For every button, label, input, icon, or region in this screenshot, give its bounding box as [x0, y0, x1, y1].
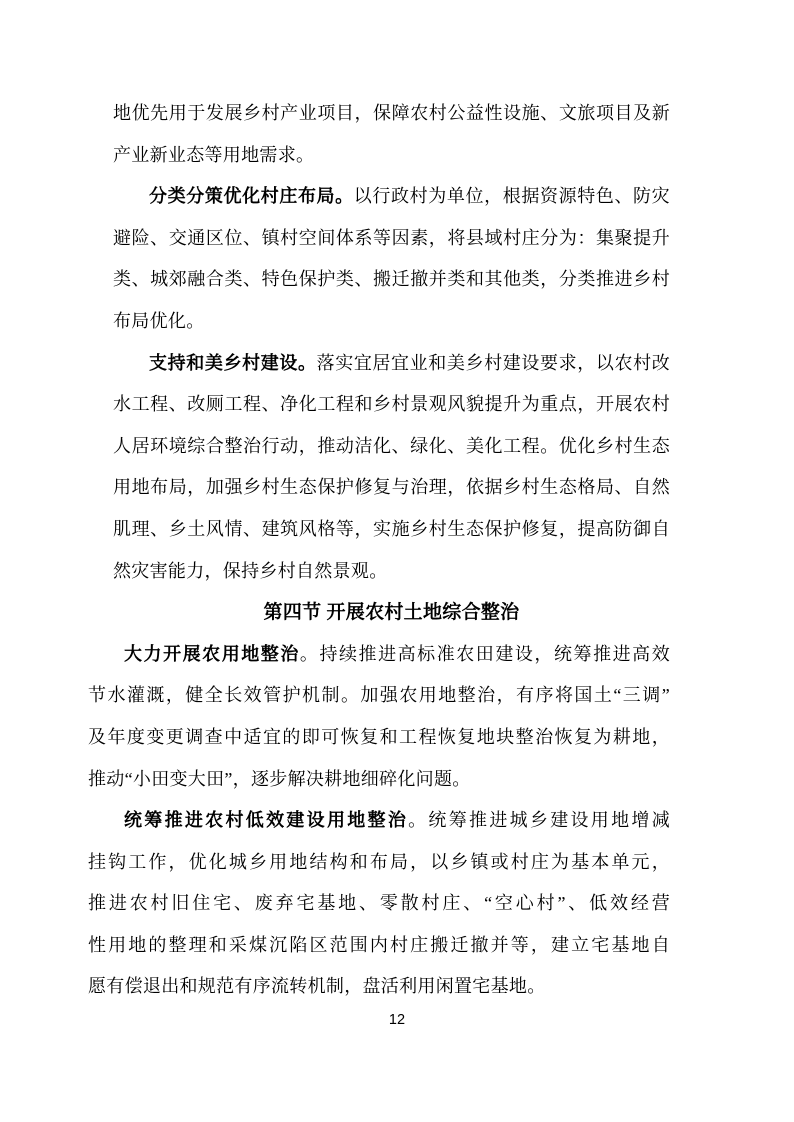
text-line: 类、城郊融合类、特色保护类、搬迁撤并类和其他类，分类推进乡村 [113, 259, 670, 301]
paragraph-text: 用地布局，加强乡村生态保护修复与治理，依据乡村生态格局、自然 [113, 477, 670, 497]
paragraph-lead-bold: 分类分策优化村庄布局。 [149, 186, 354, 206]
paragraph-text: 地优先用于发展乡村产业项目，保障农村公益性设施、文旅项目及新 [113, 103, 670, 123]
text-line: 性用地的整理和采煤沉陷区范围内村庄搬迁撤并等，建立宅基地自 [88, 925, 670, 967]
text-line: 统筹推进农村低效建设用地整治。统筹推进城乡建设用地增减 [88, 800, 670, 842]
text-line: 避险、交通区位、镇村空间体系等因素，将县域村庄分为：集聚提升 [113, 218, 670, 260]
document-page: 地优先用于发展乡村产业项目，保障农村公益性设施、文旅项目及新产业新业态等用地需求… [0, 0, 794, 1122]
text-line: 节水灌溉，健全长效管护机制。加强农用地整治，有序将国土“三调” [88, 675, 670, 717]
paragraph-text: 布局优化。 [113, 311, 205, 331]
paragraph: 分类分策优化村庄布局。以行政村为单位，根据资源特色、防灾避险、交通区位、镇村空间… [0, 176, 794, 342]
paragraph-lead-bold: 统筹推进农村低效建设用地整治 [124, 810, 408, 830]
paragraph-text: 。持续推进高标准农田建设，统筹推进高效 [300, 644, 670, 664]
section-heading: 第四节 开展农村土地综合整治 [0, 592, 794, 634]
paragraph: 支持和美乡村建设。落实宜居宜业和美乡村建设要求，以农村改水工程、改厕工程、净化工… [0, 343, 794, 593]
section-heading-text: 第四节 开展农村土地综合整治 [113, 592, 670, 634]
paragraph-lead-bold: 大力开展农用地整治 [124, 644, 300, 664]
text-line: 挂钩工作，优化城乡用地结构和布局，以乡镇或村庄为基本单元， [88, 842, 670, 884]
paragraph-text: 落实宜居宜业和美乡村建设要求，以农村改 [317, 353, 670, 373]
text-line: 支持和美乡村建设。落实宜居宜业和美乡村建设要求，以农村改 [113, 343, 670, 385]
paragraph-text: 然灾害能力，保持乡村自然景观。 [113, 561, 388, 581]
document-body: 地优先用于发展乡村产业项目，保障农村公益性设施、文旅项目及新产业新业态等用地需求… [0, 93, 794, 1008]
paragraph-text: 推进农村旧住宅、废弃宅基地、零散村庄、“空心村”、低效经营 [88, 893, 670, 913]
text-line: 人居环境综合整治行动，推动洁化、绿化、美化工程。优化乡村生态 [113, 426, 670, 468]
paragraph-text: 愿有偿退出和规范有序流转机制，盘活利用闲置宅基地。 [88, 976, 546, 996]
paragraph-text: 及年度变更调查中适宜的即可恢复和工程恢复地块整治恢复为耕地， [88, 727, 670, 747]
text-line: 愿有偿退出和规范有序流转机制，盘活利用闲置宅基地。 [88, 966, 670, 1008]
text-line: 产业新业态等用地需求。 [113, 135, 670, 177]
text-line: 水工程、改厕工程、净化工程和乡村景观风貌提升为重点，开展农村 [113, 384, 670, 426]
paragraph: 大力开展农用地整治。持续推进高标准农田建设，统筹推进高效节水灌溉，健全长效管护机… [0, 634, 794, 800]
text-line: 布局优化。 [113, 301, 670, 343]
paragraph-lead-bold: 支持和美乡村建设。 [149, 353, 317, 373]
text-line: 分类分策优化村庄布局。以行政村为单位，根据资源特色、防灾 [113, 176, 670, 218]
paragraph-text: 避险、交通区位、镇村空间体系等因素，将县域村庄分为：集聚提升 [113, 228, 670, 248]
text-line: 用地布局，加强乡村生态保护修复与治理，依据乡村生态格局、自然 [113, 467, 670, 509]
paragraph-text: 人居环境综合整治行动，推动洁化、绿化、美化工程。优化乡村生态 [113, 436, 670, 456]
text-line: 推进农村旧住宅、废弃宅基地、零散村庄、“空心村”、低效经营 [88, 883, 670, 925]
text-line: 及年度变更调查中适宜的即可恢复和工程恢复地块整治恢复为耕地， [88, 717, 670, 759]
paragraph: 地优先用于发展乡村产业项目，保障农村公益性设施、文旅项目及新产业新业态等用地需求… [0, 93, 794, 176]
paragraph: 统筹推进农村低效建设用地整治。统筹推进城乡建设用地增减挂钩工作，优化城乡用地结构… [0, 800, 794, 1008]
paragraph-text: 节水灌溉，健全长效管护机制。加强农用地整治，有序将国土“三调” [88, 685, 670, 705]
text-line: 肌理、乡土风情、建筑风格等，实施乡村生态保护修复，提高防御自 [113, 509, 670, 551]
text-line: 推动“小田变大田”，逐步解决耕地细碎化问题。 [88, 759, 670, 801]
paragraph-text: 推动“小田变大田”，逐步解决耕地细碎化问题。 [88, 769, 471, 789]
page-number: 12 [0, 1010, 794, 1030]
paragraph-text: 水工程、改厕工程、净化工程和乡村景观风貌提升为重点，开展农村 [113, 394, 670, 414]
text-line: 然灾害能力，保持乡村自然景观。 [113, 551, 670, 593]
text-line: 大力开展农用地整治。持续推进高标准农田建设，统筹推进高效 [88, 634, 670, 676]
text-line: 地优先用于发展乡村产业项目，保障农村公益性设施、文旅项目及新 [113, 93, 670, 135]
paragraph-text: 产业新业态等用地需求。 [113, 145, 314, 165]
paragraph-text: 类、城郊融合类、特色保护类、搬迁撤并类和其他类，分类推进乡村 [113, 269, 670, 289]
paragraph-text: 以行政村为单位，根据资源特色、防灾 [354, 186, 670, 206]
paragraph-text: 肌理、乡土风情、建筑风格等，实施乡村生态保护修复，提高防御自 [113, 519, 670, 539]
paragraph-text: 挂钩工作，优化城乡用地结构和布局，以乡镇或村庄为基本单元， [88, 852, 670, 872]
paragraph-text: 性用地的整理和采煤沉陷区范围内村庄搬迁撤并等，建立宅基地自 [88, 935, 670, 955]
paragraph-text: 。统筹推进城乡建设用地增减 [408, 810, 670, 830]
